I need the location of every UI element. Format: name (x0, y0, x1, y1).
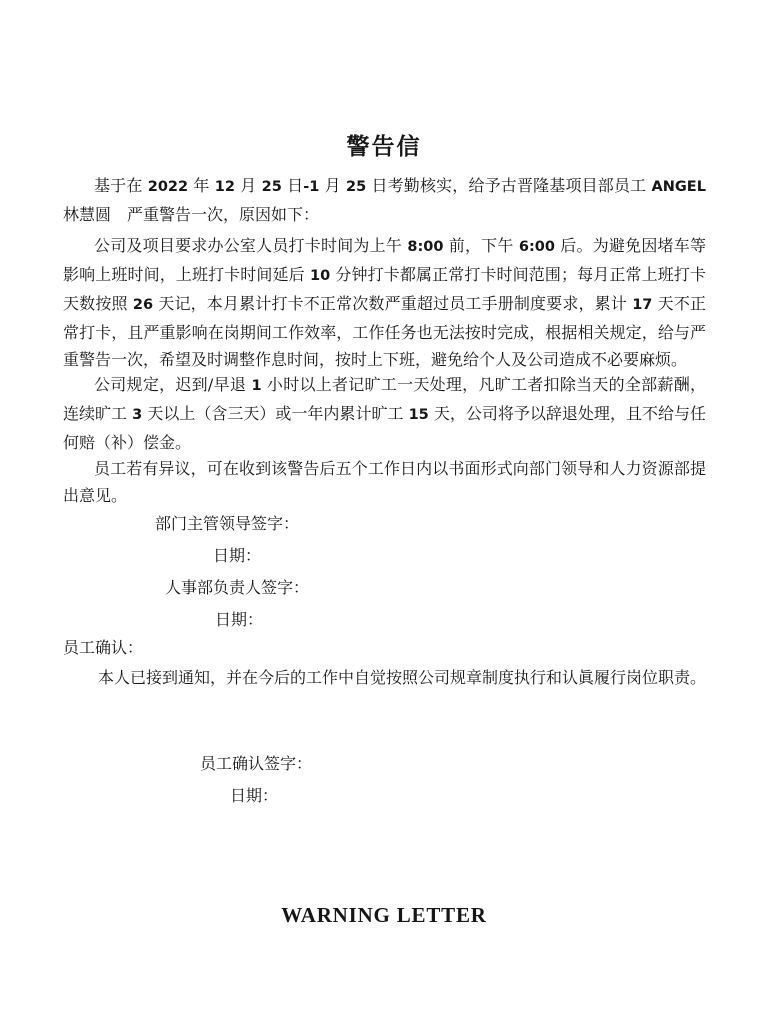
bold-number-run: -1 (303, 179, 319, 195)
hr-manager-date-label: 日期： (63, 604, 706, 636)
text-run: 年 (188, 176, 215, 195)
bold-number-run: 8:00 (407, 239, 443, 255)
document-title: 警告信 (0, 131, 768, 163)
footer-title: WARNING LETTER (0, 901, 768, 929)
paragraph-warning-basis: 基于在 2022 年 12 月 25 日-1 月 25 日考勤核实，给予古晋隆基… (63, 172, 706, 228)
bold-number-run: 3 (132, 407, 142, 423)
hr-manager-signature-label: 人事部负责人签字： (63, 572, 706, 604)
bold-number-run: 17 (632, 297, 652, 313)
text-run: 天以上（含三天）或一年内累计旷工 (142, 404, 408, 423)
bold-number-run: 1 (251, 378, 261, 394)
text-run: 公司及项目要求办公室人员打卡时间为上午 (94, 236, 407, 255)
employee-signature-block: 员工确认签字： 日期： (63, 748, 706, 812)
bold-number-run: 12 (215, 179, 235, 195)
text-run: 基于在 (94, 176, 148, 195)
bold-number-run: 6:00 (519, 239, 555, 255)
management-signature-block: 部门主管领导签字： 日期： 人事部负责人签字： 日期： (63, 508, 706, 636)
paragraph-objection-rights: 员工若有异议，可在收到该警告后五个工作日内以书面形式向部门领导和人力资源部提出意… (63, 455, 706, 509)
warning-letter-page: 警告信 基于在 2022 年 12 月 25 日-1 月 25 日考勤核实，给予… (0, 0, 768, 1024)
employee-confirmation-statement: 本人已接到通知，并在今后的工作中自觉按照公司规章制度执行和认眞履行岗位职责。 (63, 665, 706, 691)
employee-confirmation-heading: 员工确认： (63, 634, 706, 662)
paragraph-attendance-policy: 公司及项目要求办公室人员打卡时间为上午 8:00 前，下午 6:00 后。为避免… (63, 232, 706, 373)
text-run: 日 (282, 176, 303, 195)
bold-number-run: 25 (346, 179, 366, 195)
dept-leader-date-label: 日期： (63, 540, 706, 572)
text-run: 林慧圆 严重警告一次，原因如下： (63, 205, 319, 224)
bold-number-run: ANGEL (652, 179, 706, 195)
paragraph-dismissal-policy: 公司规定，迟到/早退 1 小时以上者记旷工一天处理，凡旷工者扣除当天的全部薪酬，… (63, 371, 706, 456)
bold-number-run: 2022 (148, 179, 188, 195)
text-run: 天记，本月累计打卡不正常次数严重超过员工手册制度要求，累计 (153, 294, 632, 313)
bold-number-run: 25 (262, 179, 282, 195)
bold-number-run: 10 (310, 268, 330, 284)
text-run: 公司规定，迟到/早退 (94, 375, 251, 394)
employee-date-label: 日期： (63, 780, 706, 812)
text-run: 员工若有异议，可在收到该警告后五个工作日内以书面形式向部门领导和人力资源部提出意… (63, 459, 706, 505)
text-run: 月 (235, 176, 262, 195)
text-run: 日考勤核实，给予古晋隆基项目部员工 (366, 176, 651, 195)
text-run: 月 (319, 176, 346, 195)
employee-signature-label: 员工确认签字： (63, 748, 706, 780)
text-run: 前，下午 (443, 236, 518, 255)
bold-number-run: 26 (133, 297, 153, 313)
bold-number-run: 15 (409, 407, 429, 423)
dept-leader-signature-label: 部门主管领导签字： (63, 508, 706, 540)
